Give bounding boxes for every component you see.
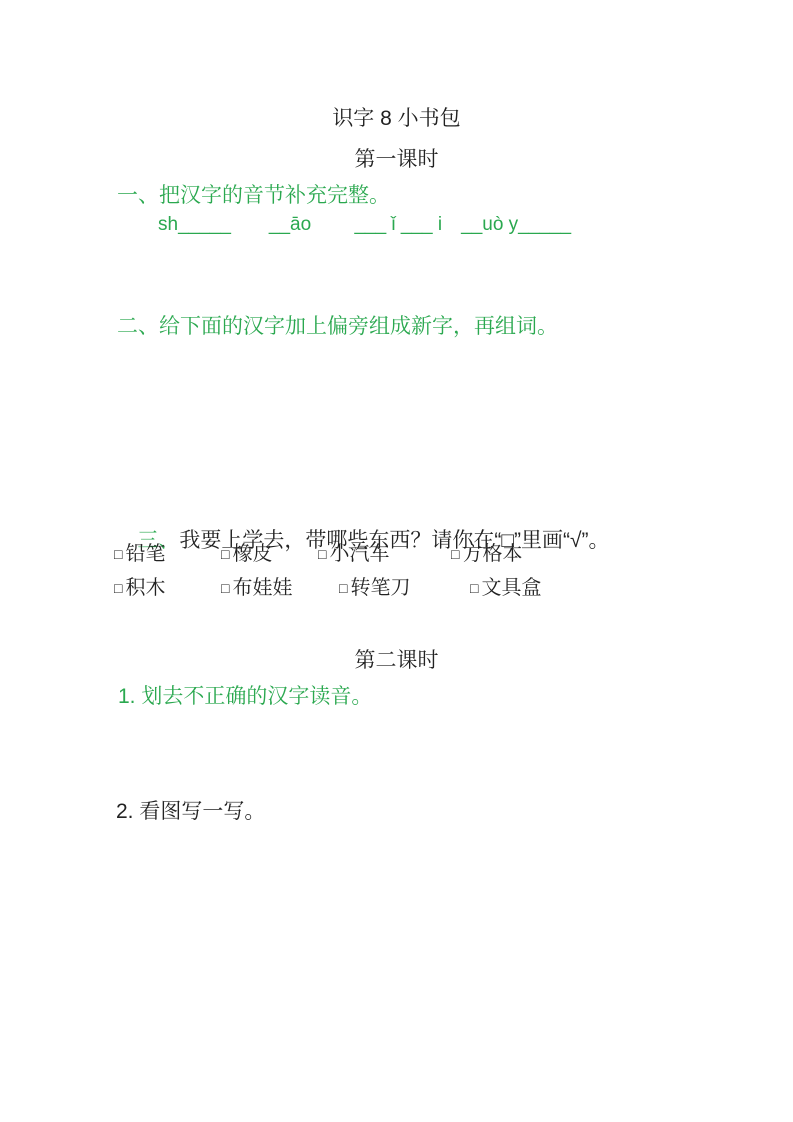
option-label: 布娃娃 — [232, 577, 292, 599]
option-label: 方格本 — [462, 543, 522, 565]
part1-q1-pinyin-blanks: sh_____ __āo ___ ǐ ___ i __uò y_____ — [158, 213, 571, 237]
checkbox-icon[interactable]: □ — [114, 547, 122, 561]
page-title: 识字 8 小书包 — [0, 106, 793, 132]
checkbox-icon[interactable]: □ — [339, 581, 347, 595]
option-grid-notebook: □方格本 — [451, 537, 522, 566]
checkbox-icon[interactable]: □ — [114, 581, 122, 595]
part1-q1-label: 一、把汉字的音节补充完整。 — [117, 183, 390, 209]
part2-heading: 第二课时 — [0, 648, 793, 674]
option-pencil: □铅笔 — [114, 537, 165, 566]
option-pencil-case: □文具盒 — [470, 571, 541, 600]
option-label: 橡皮 — [232, 543, 272, 565]
option-label: 文具盒 — [481, 577, 541, 599]
option-label: 积木 — [125, 577, 165, 599]
option-label: 小汽车 — [329, 543, 389, 565]
option-eraser: □橡皮 — [221, 537, 272, 566]
option-cloth-doll: □布娃娃 — [221, 571, 292, 600]
checkbox-icon[interactable]: □ — [470, 581, 478, 595]
option-building-blocks: □积木 — [114, 571, 165, 600]
option-pencil-sharpener: □转笔刀 — [339, 571, 410, 600]
option-toy-car: □小汽车 — [318, 537, 389, 566]
part1-q3-options-row1: □铅笔 □橡皮 □小汽车 □方格本 — [0, 537, 793, 565]
checkbox-icon[interactable]: □ — [221, 581, 229, 595]
part2-q2-label: 2. 看图写一写。 — [116, 799, 265, 825]
part1-heading: 第一课时 — [0, 147, 793, 173]
part2-q1-label: 1. 划去不正确的汉字读音。 — [118, 684, 372, 710]
checkbox-icon[interactable]: □ — [451, 547, 459, 561]
checkbox-icon[interactable]: □ — [318, 547, 326, 561]
worksheet-page: 识字 8 小书包 第一课时 一、把汉字的音节补充完整。 sh_____ __āo… — [0, 0, 793, 1122]
part1-q3-options-row2: □积木 □布娃娃 □转笔刀 □文具盒 — [0, 571, 793, 599]
part1-q2-label: 二、给下面的汉字加上偏旁组成新字，再组词。 — [117, 314, 558, 340]
option-label: 铅笔 — [125, 543, 165, 565]
option-label: 转笔刀 — [350, 577, 410, 599]
checkbox-icon[interactable]: □ — [221, 547, 229, 561]
